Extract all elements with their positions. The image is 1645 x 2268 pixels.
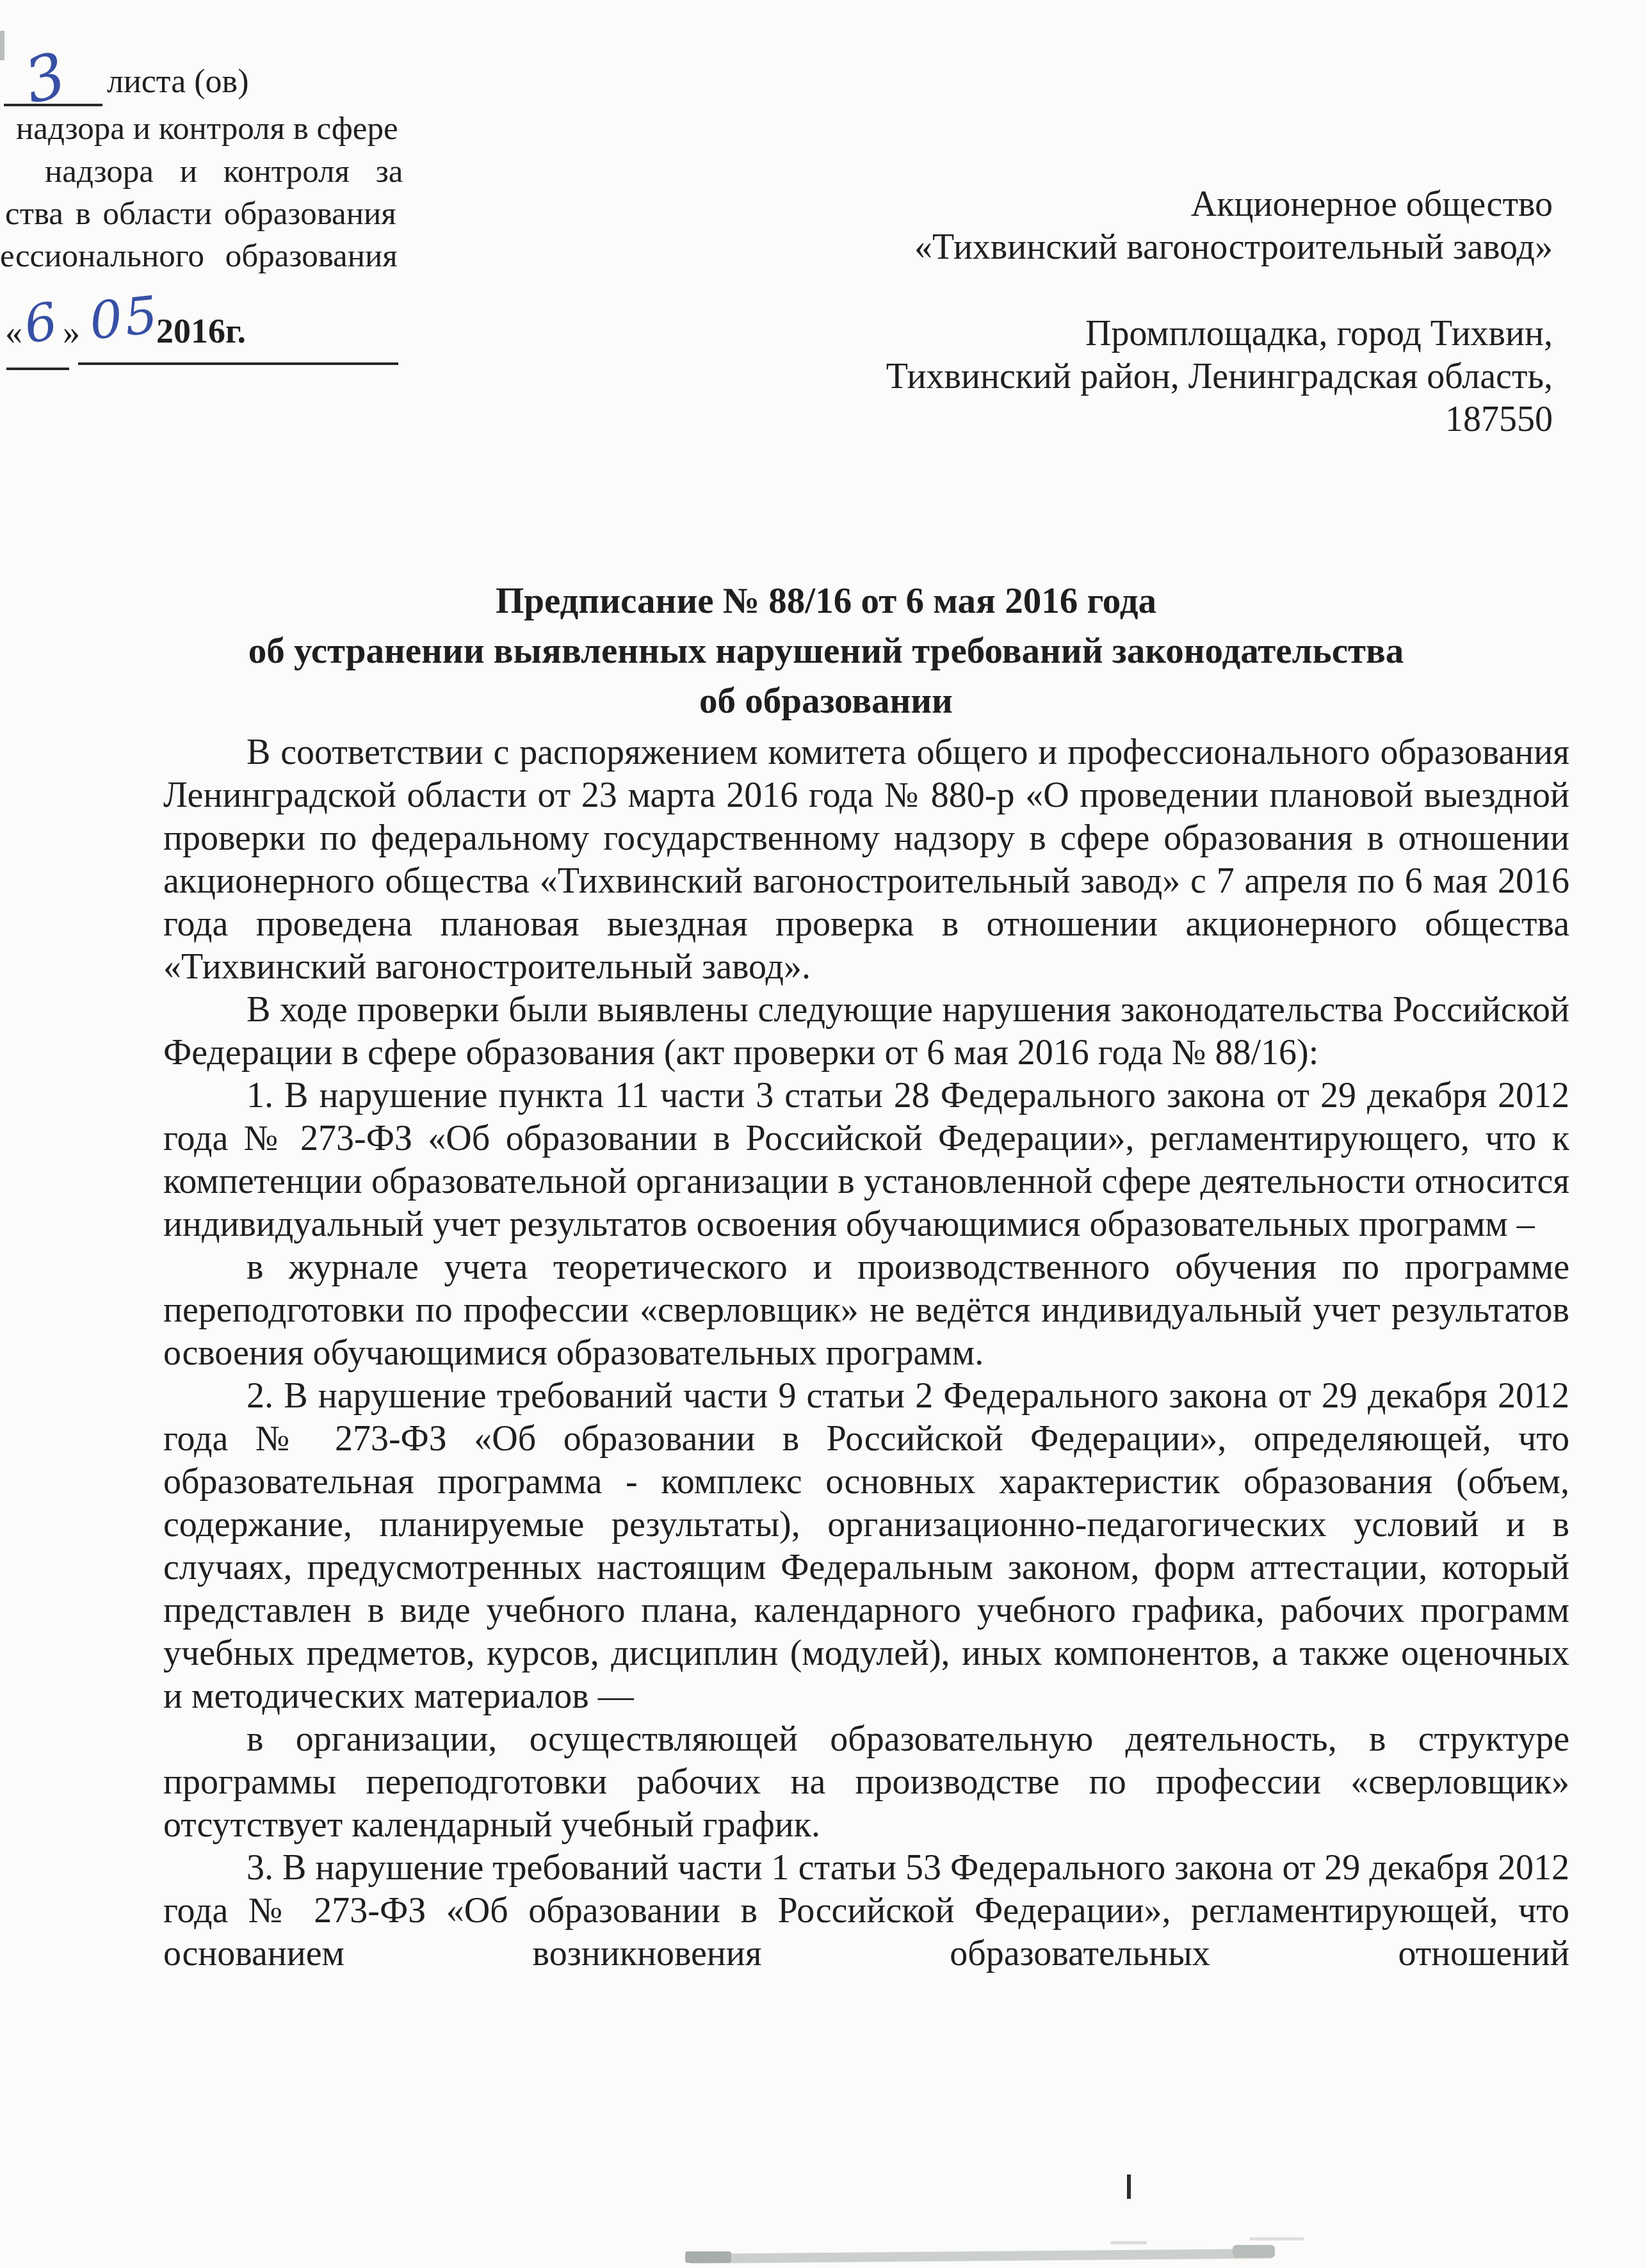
scan-edge-smudge <box>0 31 4 60</box>
scan-artifact-dash <box>1250 2237 1304 2240</box>
scan-artifact-bar-tip <box>685 2251 731 2263</box>
addressee-block: Акционерное общество «Тихвинский вагонос… <box>720 183 1553 441</box>
paragraph-findings-intro: В ходе проверки были выявлены следующие … <box>163 989 1569 1074</box>
scanned-document-page: 3 листа (ов) надзора и контроля в сфере … <box>0 0 1645 2268</box>
scan-artifact-blob <box>1233 2245 1275 2258</box>
document-title-line: об устранении выявленных нарушений требо… <box>96 626 1556 676</box>
violation-item-3: 3. В нарушение требований части 1 статьи… <box>163 1847 1569 1975</box>
addressee-org-line: Акционерное общество <box>720 183 1553 226</box>
document-body: В соответствии с распоряжением комитета … <box>163 731 1569 1975</box>
scan-stray-mark <box>1127 2175 1131 2199</box>
document-title-line: Предписание № 88/16 от 6 мая 2016 года <box>96 576 1556 626</box>
left-fragment-line: ессионального образования <box>0 238 398 275</box>
addressee-org-line: «Тихвинский вагоностроительный завод» <box>720 226 1553 269</box>
scan-artifact-bar <box>688 2249 1274 2264</box>
date-underline <box>78 334 398 365</box>
addressee-address-line: Тихвинский район, Ленинградская область, <box>720 355 1553 398</box>
violation-item-1-detail: в журнале учета теоретического и произво… <box>163 1246 1569 1375</box>
document-title-line: об образовании <box>96 676 1556 726</box>
violation-item-2-detail: в организации, осуществляющей образовате… <box>163 1718 1569 1847</box>
violation-item-1: 1. В нарушение пункта 11 части 3 статьи … <box>163 1074 1569 1246</box>
left-fragment-line: надзора и контроля в сфере <box>16 110 398 147</box>
sheet-count-underline <box>4 77 102 106</box>
sheet-count-label: листа (ов) <box>107 63 248 101</box>
left-fragment-line: надзора и контроля за <box>45 153 403 190</box>
addressee-postal-code: 187550 <box>720 398 1553 441</box>
violation-item-2: 2. В нарушение требований части 9 статьи… <box>163 1375 1569 1718</box>
paragraph-inspection-basis: В соответствии с распоряжением комитета … <box>163 731 1569 989</box>
document-title: Предписание № 88/16 от 6 мая 2016 года о… <box>96 576 1556 726</box>
addressee-address-line: Промплощадка, город Тихвин, <box>720 312 1553 355</box>
scan-artifact-dash <box>1111 2241 1147 2244</box>
date-underline <box>6 339 69 370</box>
left-fragment-line: ства в области образования <box>5 195 396 232</box>
